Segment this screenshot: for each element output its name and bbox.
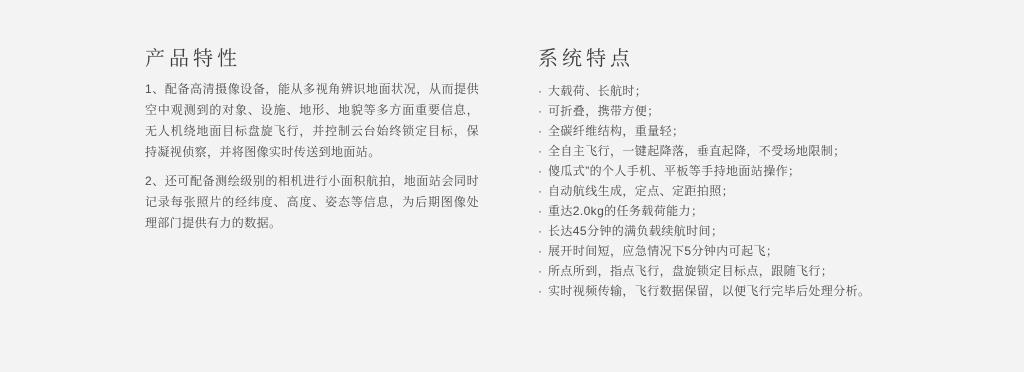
list-item: ·可折叠，携带方便； xyxy=(538,101,938,121)
list-item-text: 自动航线生成，定点、定距拍照； xyxy=(548,184,734,198)
list-item-text: 展开时间短，应急情况下5分钟内可起飞； xyxy=(548,244,778,258)
system-features-list: ·大载荷、长航时； ·可折叠，携带方便； ·全碳纤维结构，重量轻； ·全自主飞行… xyxy=(538,81,938,301)
system-features-section: 系统特点 ·大载荷、长航时； ·可折叠，携带方便； ·全碳纤维结构，重量轻； ·… xyxy=(538,46,938,301)
bullet-icon: · xyxy=(538,261,548,281)
bullet-icon: · xyxy=(538,161,548,181)
list-item-text: 全碳纤维结构，重量轻； xyxy=(548,124,684,138)
list-item-text: 实时视频传输，飞行数据保留，以便飞行完毕后处理分析。 xyxy=(548,284,870,298)
list-item-text: 傻瓜式”的个人手机、平板等手持地面站操作； xyxy=(548,164,800,178)
bullet-icon: · xyxy=(538,241,548,261)
system-features-title: 系统特点 xyxy=(538,46,938,72)
list-item-text: 重达2.0kg的任务载荷能力； xyxy=(548,204,703,218)
list-item: ·重达2.0kg的任务载荷能力； xyxy=(538,201,938,221)
list-item-text: 所点所到，指点飞行，盘旋锁定目标点，跟随飞行； xyxy=(548,264,833,278)
list-item-text: 大载荷、长航时； xyxy=(548,84,647,98)
list-item: ·实时视频传输，飞行数据保留，以便飞行完毕后处理分析。 xyxy=(538,281,938,301)
list-item: ·傻瓜式”的个人手机、平板等手持地面站操作； xyxy=(538,161,938,181)
list-item: ·所点所到，指点飞行，盘旋锁定目标点，跟随飞行； xyxy=(538,261,938,281)
list-item: ·展开时间短，应急情况下5分钟内可起飞； xyxy=(538,241,938,261)
bullet-icon: · xyxy=(538,81,548,101)
bullet-icon: · xyxy=(538,221,548,241)
bullet-icon: · xyxy=(538,201,548,221)
list-item-text: 长达45分钟的满负载续航时间； xyxy=(548,224,723,238)
list-item: ·长达45分钟的满负载续航时间； xyxy=(538,221,938,241)
bullet-icon: · xyxy=(538,121,548,141)
list-item: ·全碳纤维结构，重量轻； xyxy=(538,121,938,141)
product-features-title: 产品特性 xyxy=(145,46,479,72)
bullet-icon: · xyxy=(538,181,548,201)
list-item-text: 可折叠，携带方便； xyxy=(548,104,660,118)
product-features-paragraph-1: 1、配备高清摄像设备，能从多视角辨识地面状况，从而提供空中观测到的对象、设施、地… xyxy=(145,79,479,163)
list-item: ·大载荷、长航时； xyxy=(538,81,938,101)
product-features-section: 产品特性 1、配备高清摄像设备，能从多视角辨识地面状况，从而提供空中观测到的对象… xyxy=(145,46,479,242)
bullet-icon: · xyxy=(538,101,548,121)
list-item: ·自动航线生成，定点、定距拍照； xyxy=(538,181,938,201)
list-item-text: 全自主飞行，一键起降落，垂直起降，不受场地限制； xyxy=(548,144,846,158)
bullet-icon: · xyxy=(538,141,548,161)
list-item: ·全自主飞行，一键起降落，垂直起降，不受场地限制； xyxy=(538,141,938,161)
bullet-icon: · xyxy=(538,281,548,301)
product-features-paragraph-2: 2、还可配备测绘级别的相机进行小面积航拍，地面站会同时记录每张照片的经纬度、高度… xyxy=(145,171,479,234)
